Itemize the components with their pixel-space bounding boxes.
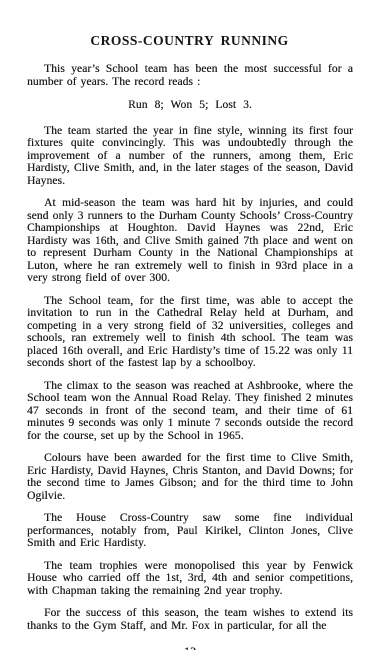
article-body: This year’s School team has been the mos…: [27, 63, 353, 650]
paragraph-county-championships: At mid-season the team was hard hit by i…: [27, 197, 353, 285]
paragraph-road-relay: The climax to the season was reached at …: [27, 380, 353, 443]
page-number: 12: [27, 645, 353, 650]
season-record: Run 8; Won 5; Lost 3.: [27, 99, 353, 112]
paragraph-team-trophies: The team trophies were monopolised this …: [27, 560, 353, 598]
paragraph-cathedral-relay: The School team, for the first time, was…: [27, 295, 353, 370]
paragraph-intro: This year’s School team has been the mos…: [27, 63, 353, 88]
paragraph-season-start: The team started the year in fine style,…: [27, 125, 353, 188]
scanned-magazine-page: CROSS-COUNTRY RUNNING This year’s School…: [0, 0, 379, 650]
paragraph-house-cross-country: The House Cross-Country saw some fine in…: [27, 512, 353, 550]
paragraph-colours-awarded: Colours have been awarded for the first …: [27, 452, 353, 502]
article-title: CROSS-COUNTRY RUNNING: [0, 0, 379, 49]
paragraph-thanks: For the success of this season, the team…: [27, 607, 353, 632]
